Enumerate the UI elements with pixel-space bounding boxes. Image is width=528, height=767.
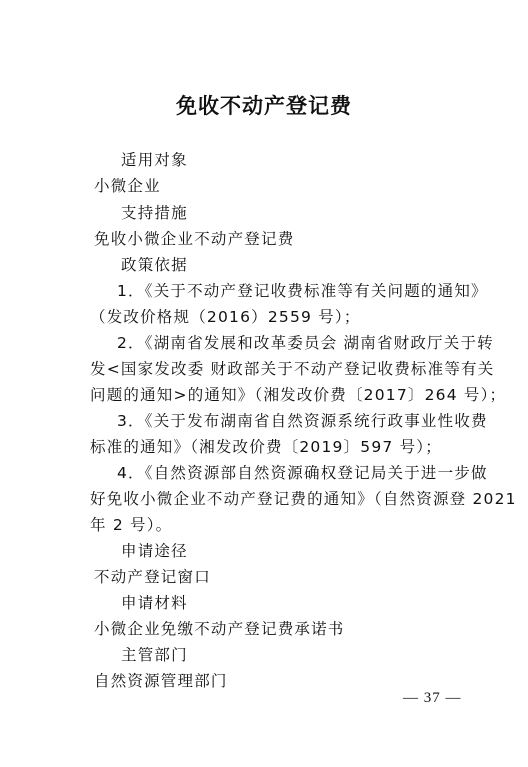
value-target: 小微企业: [94, 174, 161, 196]
heading-material: 申请材料: [121, 591, 188, 613]
basis-line: 1．《关于不动产登记收费标准等有关问题的通知》: [117, 279, 488, 301]
heading-basis: 政策依据: [121, 253, 188, 275]
basis-line: （发改价格规（2016）2559 号）；: [90, 305, 361, 327]
basis-line: 好免收小微企业不动产登记费的通知》（自然资源登 2021: [90, 487, 517, 509]
basis-line: 2．《湖南省发展和改革委员会 湖南省财政厅关于转: [117, 331, 494, 353]
value-measure: 免收小微企业不动产登记费: [94, 227, 294, 249]
heading-target: 适用对象: [121, 148, 188, 170]
page-number: — 37 —: [403, 690, 462, 707]
page-title: 免收不动产登记费: [0, 90, 528, 120]
value-material: 小微企业免缴不动产登记费承诺书: [94, 617, 345, 639]
heading-channel: 申请途径: [121, 539, 188, 561]
basis-line: 标准的通知》（湘发改价费〔2019〕597 号）；: [90, 435, 442, 457]
basis-line: 问题的通知>的通知》（湘发改价费〔2017〕264 号）；: [90, 383, 506, 405]
value-dept: 自然资源管理部门: [94, 669, 228, 691]
heading-dept: 主管部门: [121, 643, 188, 665]
basis-line: 发<国家发改委 财政部关于不动产登记收费标准等有关: [90, 357, 494, 379]
document-page: 免收不动产登记费 适用对象 小微企业 支持措施 免收小微企业不动产登记费 政策依…: [0, 0, 528, 767]
basis-line: 4．《自然资源部自然资源确权登记局关于进一步做: [117, 461, 488, 483]
basis-line: 3．《关于发布湖南省自然资源系统行政事业性收费: [117, 409, 488, 431]
heading-measure: 支持措施: [121, 201, 188, 223]
value-channel: 不动产登记窗口: [94, 565, 211, 587]
basis-line: 年 2 号）。: [90, 513, 172, 535]
